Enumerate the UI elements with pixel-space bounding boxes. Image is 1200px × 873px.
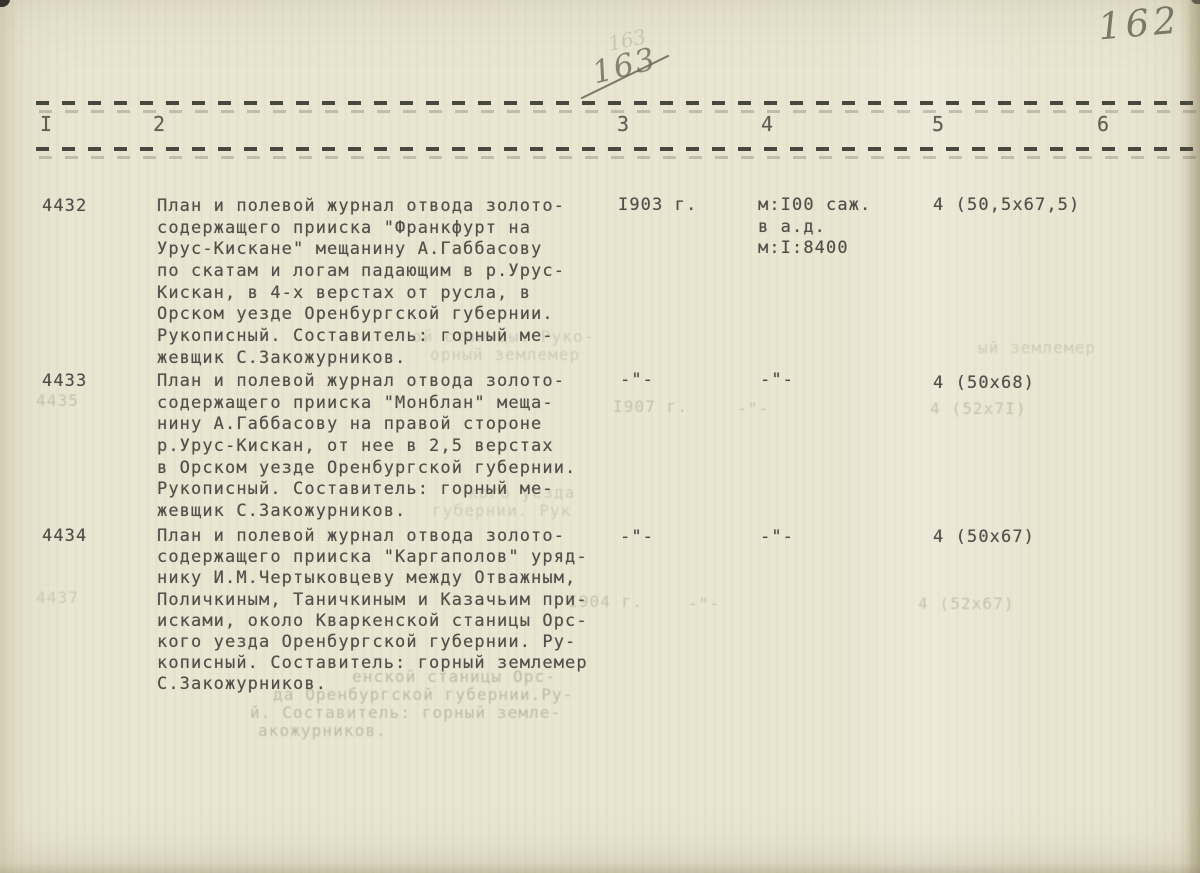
- entry-description-line: кописный. Составитель: горный землемер: [157, 653, 588, 674]
- entry-count-size: 4 (50,5х67,5): [933, 195, 1080, 215]
- entry-number: 4433: [42, 371, 87, 391]
- entry-date: I903 г.: [618, 195, 697, 215]
- bleed-through-text: -"-: [688, 594, 720, 613]
- entry-description-line: жевщик С.Закожурников.: [157, 501, 576, 523]
- entry-scale: -"-: [760, 527, 794, 547]
- entry-description-line: содержащего прииска "Монблан" меща-: [157, 393, 576, 415]
- handwritten-page-number: 162: [1096, 0, 1182, 49]
- bleed-through-text: 4437: [36, 588, 79, 607]
- entry-description-line: Рукописный. Составитель: горный ме-: [157, 326, 565, 348]
- page-edge-shadow: [1185, 0, 1200, 873]
- entry-description-line: нину А.Габбасову на правой стороне: [157, 414, 576, 436]
- entry-scale-line: в а.д.: [758, 217, 871, 239]
- entry-description-line: Орском уезде Оренбургской губернии.: [157, 304, 565, 326]
- bleed-through-text: -"-: [737, 399, 769, 418]
- column-header-3: 3: [617, 112, 629, 136]
- bleed-through-text: 4 (52х7I): [930, 399, 1027, 418]
- column-header-6: 6: [1097, 112, 1109, 136]
- entry-description-line: Рукописный. Составитель: горный ме-: [157, 479, 576, 501]
- entry-description-line: содержащего прииска "Франкфурт на: [157, 218, 565, 240]
- column-header-1: I: [40, 112, 52, 136]
- bleed-through-text: й. Составитель: горный земле-: [250, 703, 561, 722]
- entry-description-line: Поличкиным, Таничкиным и Казачьим при-: [157, 590, 588, 611]
- entry-scale-line: м:I:8400: [758, 238, 871, 260]
- entry-number: 4434: [42, 526, 87, 546]
- entry-description-line: р.Урус-Кискан, от нее в 2,5 верстах: [157, 436, 576, 458]
- entry-date: -"-: [620, 370, 654, 390]
- entry-description-line: Урус-Кискане" мещанину А.Габбасову: [157, 239, 565, 261]
- page-edge-shadow: [0, 863, 1200, 873]
- entry-scale-line: м:I00 саж.: [758, 195, 871, 217]
- bleed-through-text: 4 (52х67): [918, 594, 1015, 613]
- entry-description-line: План и полевой журнал отвода золото-: [157, 196, 565, 218]
- entry-count-size: 4 (50х67): [933, 527, 1035, 547]
- scanned-archive-page: 162 163 163 I 2 3 4 5 6 4432 План и поле…: [0, 0, 1200, 873]
- entry-count-size: 4 (50х68): [933, 373, 1035, 393]
- entry-number: 4432: [42, 196, 87, 216]
- dashed-rule-top: [36, 101, 1200, 105]
- entry-description-line: по скатам и логам падающим в р.Урус-: [157, 261, 565, 283]
- entry-description-line: С.Закожурников.: [157, 674, 588, 695]
- entry-description-line: содержащего прииска "Каргаполов" уряд-: [157, 547, 588, 568]
- entry-scale: м:I00 саж. в а.д. м:I:8400: [758, 195, 871, 260]
- entry-description: План и полевой журнал отвода золото- сод…: [157, 196, 565, 370]
- entry-description-line: План и полевой журнал отвода золото-: [157, 526, 588, 547]
- bleed-through-text: I907 г.: [613, 397, 688, 416]
- bleed-through-text: ый землемер: [978, 338, 1096, 357]
- scan-corner-artifact: [0, 0, 10, 7]
- column-header-2: 2: [153, 112, 165, 136]
- entry-description: План и полевой журнал отвода золото- сод…: [157, 526, 588, 696]
- entry-description-line: План и полевой журнал отвода золото-: [157, 371, 576, 393]
- bleed-through-text: акожурников.: [258, 721, 387, 740]
- entry-description-line: жевщик С.Закожурников.: [157, 348, 565, 370]
- dashed-rule-bottom: [36, 147, 1200, 151]
- entry-description-line: в Орском уезде Оренбургской губернии.: [157, 458, 576, 480]
- entry-description-line: Кискан, в 4-х верстах от русла, в: [157, 283, 565, 305]
- entry-description-line: исками, около Кваркенской станицы Орс-: [157, 611, 588, 632]
- entry-date: -"-: [620, 527, 654, 547]
- entry-description-line: нику И.М.Чертыковцеву между Отважным,: [157, 568, 588, 589]
- entry-scale: -"-: [760, 370, 794, 390]
- column-header-4: 4: [761, 112, 773, 136]
- entry-description-line: кого уезда Оренбургской губернии. Ру-: [157, 632, 588, 653]
- bleed-through-text: 4435: [36, 391, 79, 410]
- entry-description: План и полевой журнал отвода золото- сод…: [157, 371, 576, 523]
- column-header-5: 5: [932, 112, 944, 136]
